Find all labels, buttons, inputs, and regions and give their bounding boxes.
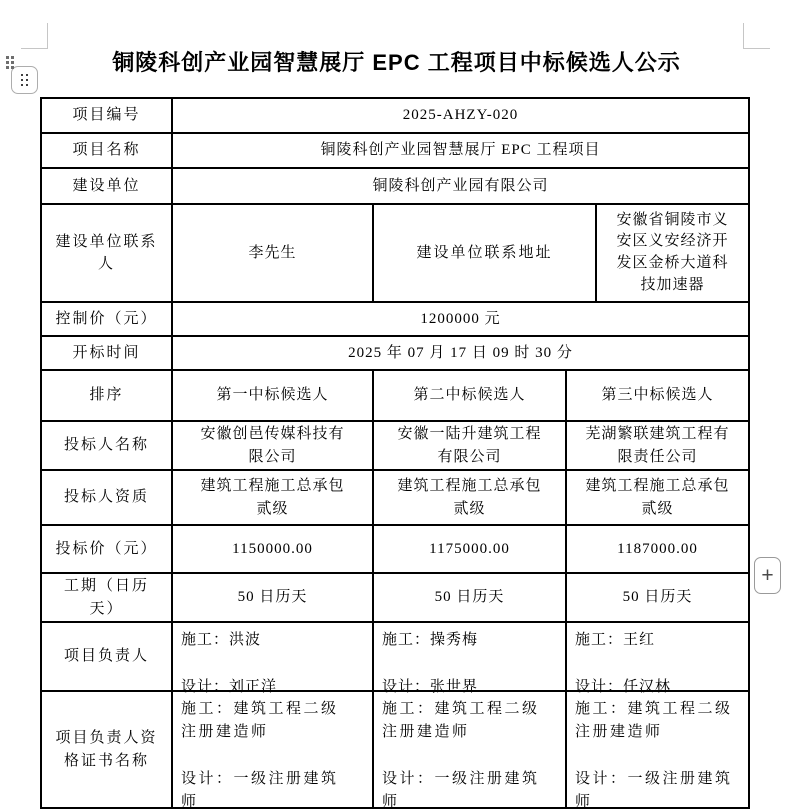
plus-icon: +: [761, 564, 773, 588]
owner-label: 建设单位: [42, 169, 173, 205]
bidder-name-cell-2: 安徽一陆升建筑工程 有限公司: [374, 422, 567, 471]
table-row-contact: 建设单位联系 人 李先生 建设单位联系地址 安徽省铜陵市义 安区义安经济开 发区…: [42, 205, 750, 303]
page-title: 铜陵科创产业园智慧展厅 EPC 工程项目中标候选人公示: [0, 46, 793, 77]
table-row-rank: 排序 第一中标候选人 第二中标候选人 第三中标候选人: [42, 371, 750, 422]
open-time-label: 开标时间: [42, 337, 173, 371]
table-row-control-price: 控制价（元） 1200000 元: [42, 303, 750, 337]
bid-price-label: 投标价（元）: [42, 526, 173, 574]
rank-label: 排序: [42, 371, 173, 422]
contact-address-label: 建设单位联系地址: [374, 205, 597, 303]
certs-cell-3: 施工：建筑工程二级 注册建造师 设计：一级注册建筑 师: [567, 692, 750, 809]
grip-dots-icon: [21, 74, 29, 87]
duration-cell-3: 50 日历天: [567, 574, 750, 623]
certs-label: 项目负责人资 格证书名称: [42, 692, 173, 809]
bidder-name-cell-3: 芜湖繁联建筑工程有 限责任公司: [567, 422, 750, 471]
insert-button[interactable]: +: [754, 557, 781, 594]
bidder-qual-cell-1: 建筑工程施工总承包 贰级: [173, 471, 374, 526]
table-row-bidder-name: 投标人名称 安徽创邑传媒科技有 限公司 安徽一陆升建筑工程 有限公司 芜湖繁联建…: [42, 422, 750, 471]
project-no-label: 项目编号: [42, 99, 173, 134]
bidder-name-label: 投标人名称: [42, 422, 173, 471]
control-price-value: 1200000 元: [173, 303, 750, 337]
bidder-name-cell-1: 安徽创邑传媒科技有 限公司: [173, 422, 374, 471]
owner-value: 铜陵科创产业园有限公司: [173, 169, 750, 205]
contact-label: 建设单位联系 人: [42, 205, 173, 303]
bid-announcement-table: 项目编号 2025-AHZY-020 项目名称 铜陵科创产业园智慧展厅 EPC …: [40, 97, 750, 809]
drag-handle-button[interactable]: [11, 66, 38, 94]
bid-price-cell-2: 1175000.00: [374, 526, 567, 574]
bidder-qual-cell-3: 建筑工程施工总承包 贰级: [567, 471, 750, 526]
managers-cell-3: 施工：王红 设计：任汉林: [567, 623, 750, 692]
rank-cell-3: 第三中标候选人: [567, 371, 750, 422]
certs-cell-2: 施工：建筑工程二级 注册建造师 设计：一级注册建筑 师: [374, 692, 567, 809]
project-no-value: 2025-AHZY-020: [173, 99, 750, 134]
managers-label: 项目负责人: [42, 623, 173, 692]
bid-price-cell-1: 1150000.00: [173, 526, 374, 574]
table-row-managers: 项目负责人 施工：洪波 设计：刘正洋 施工：操秀梅 设计：张世界 施工：王红 设…: [42, 623, 750, 692]
managers-cell-1: 施工：洪波 设计：刘正洋: [173, 623, 374, 692]
project-name-label: 项目名称: [42, 134, 173, 169]
table-row-owner: 建设单位 铜陵科创产业园有限公司: [42, 169, 750, 205]
rank-cell-2: 第二中标候选人: [374, 371, 567, 422]
duration-cell-1: 50 日历天: [173, 574, 374, 623]
table-row-project-name: 项目名称 铜陵科创产业园智慧展厅 EPC 工程项目: [42, 134, 750, 169]
bid-price-cell-3: 1187000.00: [567, 526, 750, 574]
project-name-value: 铜陵科创产业园智慧展厅 EPC 工程项目: [173, 134, 750, 169]
contact-address: 安徽省铜陵市义 安区义安经济开 发区金桥大道科 技加速器: [597, 205, 750, 303]
table-row-project-no: 项目编号 2025-AHZY-020: [42, 99, 750, 134]
certs-cell-1: 施工：建筑工程二级 注册建造师 设计：一级注册建筑 师: [173, 692, 374, 809]
bidder-qual-label: 投标人资质: [42, 471, 173, 526]
rank-cell-1: 第一中标候选人: [173, 371, 374, 422]
open-time-value: 2025 年 07 月 17 日 09 时 30 分: [173, 337, 750, 371]
table-row-bid-price: 投标价（元） 1150000.00 1175000.00 1187000.00: [42, 526, 750, 574]
bidder-qual-cell-2: 建筑工程施工总承包 贰级: [374, 471, 567, 526]
duration-label: 工期（日历 天）: [42, 574, 173, 623]
table-row-duration: 工期（日历 天） 50 日历天 50 日历天 50 日历天: [42, 574, 750, 623]
contact-person: 李先生: [173, 205, 374, 303]
managers-cell-2: 施工：操秀梅 设计：张世界: [374, 623, 567, 692]
duration-cell-2: 50 日历天: [374, 574, 567, 623]
control-price-label: 控制价（元）: [42, 303, 173, 337]
table-row-certs: 项目负责人资 格证书名称 施工：建筑工程二级 注册建造师 设计：一级注册建筑 师…: [42, 692, 750, 809]
table-row-bidder-qual: 投标人资质 建筑工程施工总承包 贰级 建筑工程施工总承包 贰级 建筑工程施工总承…: [42, 471, 750, 526]
table-row-open-time: 开标时间 2025 年 07 月 17 日 09 时 30 分: [42, 337, 750, 371]
dots-handle-icon[interactable]: [6, 56, 14, 69]
